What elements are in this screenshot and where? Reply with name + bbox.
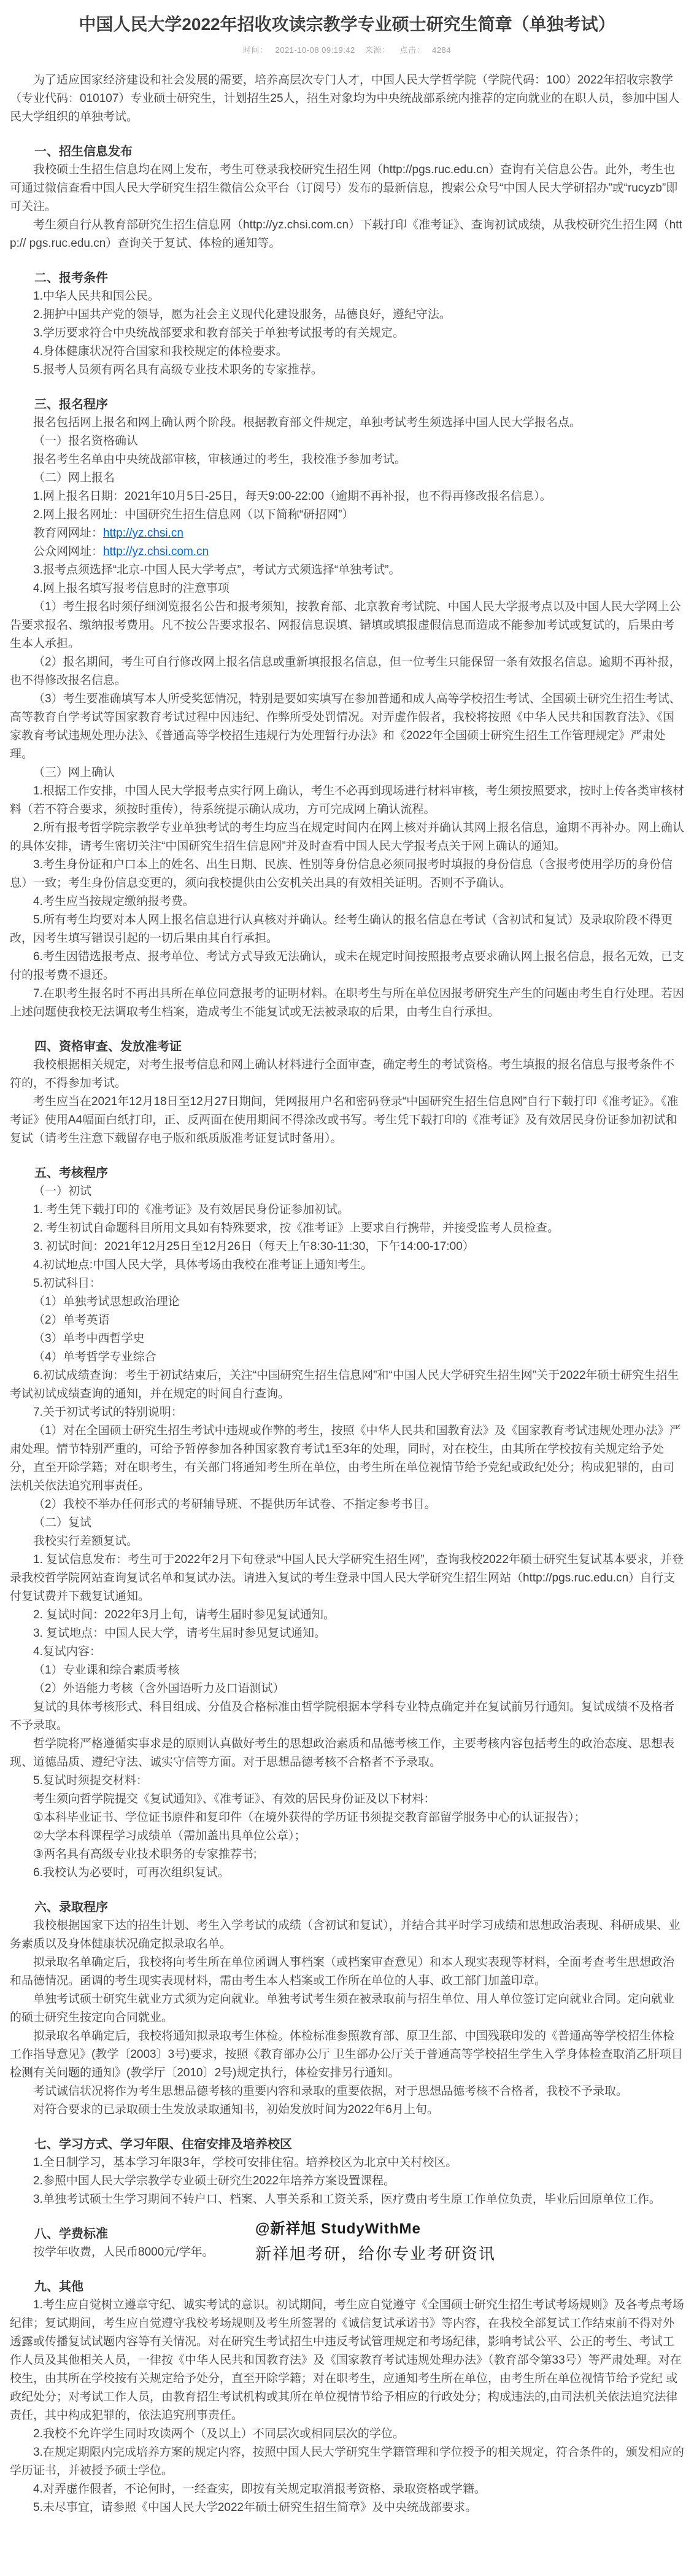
body-paragraph: （3）单考中西哲学史 bbox=[10, 1330, 684, 1348]
section-heading: 六、录取程序 bbox=[10, 1898, 684, 1917]
body-paragraph: 5.复试时须提交材料： bbox=[10, 1772, 684, 1790]
body-paragraph: 为了适应国家经济建设和社会发展的需要，培养高层次专门人才，中国人民大学哲学院（学… bbox=[10, 71, 684, 126]
body-paragraph: （二）复试 bbox=[10, 1514, 684, 1532]
body-paragraph: 6.我校认为必要时，可再次组织复试。 bbox=[10, 1864, 684, 1882]
body-paragraph: （二）网上报名 bbox=[10, 469, 684, 487]
section-heading: 五、考核程序 bbox=[10, 1164, 684, 1182]
body-paragraph: 1.考生应自觉树立遵章守纪、诚实考试的意识。初试期间，考生应自觉遵守《全国硕士研… bbox=[10, 2296, 684, 2425]
body-paragraph: 5.所有考生均要对本人网上报名信息进行认真核对并确认。经考生确认的报名信息在考试… bbox=[10, 911, 684, 948]
body-paragraph: （2）我校不举办任何形式的考研辅导班、不提供历年试卷、不指定参考书目。 bbox=[10, 1496, 684, 1514]
section-heading: 八、学费标准@新祥旭 StudyWithMe新祥旭考研，给你专业考研资讯 bbox=[10, 2225, 684, 2243]
section-heading: 一、招生信息发布 bbox=[10, 142, 684, 161]
body-paragraph: （3）考生要准确填写本人所受奖惩情况，特别是要如实填写在参加普通和成人高等学校招… bbox=[10, 690, 684, 764]
body-paragraph: （2）单考英语 bbox=[10, 1311, 684, 1330]
body-paragraph: 1.全日制学习，基本学习年限3年，学校可安排住宿。培养校区为北京中关村校区。 bbox=[10, 2154, 684, 2172]
body-paragraph: 3.单独考试硕士生学习期间不转户口、档案、人事关系和工资关系，医疗费由考生原工作… bbox=[10, 2190, 684, 2209]
body-paragraph: 2.所有报考哲学院宗教学专业单独考试的考生均应当在规定时间内在网上核对并确认其网… bbox=[10, 819, 684, 856]
body-paragraph: 我校根据相关规定，对考生报考信息和网上确认材料进行全面审查，确定考生的考试资格。… bbox=[10, 1056, 684, 1093]
body-paragraph: （2）报名期间，考生可自行修改网上报名信息或重新填报报名信息，但一位考生只能保留… bbox=[10, 653, 684, 690]
body-paragraph: 考生须向哲学院提交《复试通知》、《准考证》、有效的居民身份证及以下材料： bbox=[10, 1790, 684, 1809]
body-paragraph: 3.考生身份证和户口本上的姓名、出生日期、民族、性别等身份信息必须同报考时填报的… bbox=[10, 856, 684, 893]
body-paragraph: 6.初试成绩查询：考生于初试结束后，关注“中国研究生招生信息网”和“中国人民大学… bbox=[10, 1367, 684, 1403]
section-heading: 九、其他 bbox=[10, 2278, 684, 2296]
body-paragraph: 按学年收费，人民币8000元/学年。 bbox=[10, 2243, 684, 2262]
meta-time-label: 时间： bbox=[243, 45, 268, 55]
link-prefix: 教育网网址： bbox=[33, 527, 103, 540]
body-paragraph: 2.我校不允许学生同时攻读两个（及以上）不同层次或相同层次的学位。 bbox=[10, 2425, 684, 2443]
body-paragraph: 复试的具体考核形式、科目组成、分值及合格标准由哲学院根据本学科专业特点确定并在复… bbox=[10, 1698, 684, 1735]
body-paragraph: 4.身体健康状况符合国家和我校规定的体检要求。 bbox=[10, 343, 684, 361]
body-paragraph: 单独考试硕士研究生就业方式须为定向就业。单独考试考生须在被录取前与招生单位、用人… bbox=[10, 1990, 684, 2027]
body-paragraph: 我校实行差额复试。 bbox=[10, 1532, 684, 1551]
body-paragraph: 考生应当在2021年12月18日至12月27日期间，凭网报用户名和密码登录“中国… bbox=[10, 1093, 684, 1148]
section-heading: 七、学习方式、学习年限、住宿安排及培养校区 bbox=[10, 2135, 684, 2154]
body-paragraph: 2. 考生初试自命题科目所用文具如有特殊要求，按《准考证》上要求自行携带，并接受… bbox=[10, 1219, 684, 1238]
body-paragraph: 6.考生因错选报考点、报考单位、考试方式导致无法确认，或未在规定时间按照报考点要… bbox=[10, 948, 684, 985]
body-paragraph: 2.参照中国人民大学宗教学专业硕士研究生2022年培养方案设置课程。 bbox=[10, 2172, 684, 2190]
section-heading: 三、报名程序 bbox=[10, 395, 684, 414]
body-paragraph: （三）网上确认 bbox=[10, 764, 684, 782]
body-paragraph: 我校根据国家下达的招生计划、考生入学考试的成绩（含初试和复试），并结合其平时学习… bbox=[10, 1917, 684, 1953]
external-link[interactable]: http://yz.chsi.com.cn bbox=[103, 545, 209, 558]
body-paragraph: ①本科毕业证书、学位证书原件和复印件（在境外获得的学历证书须提交教育部留学服务中… bbox=[10, 1809, 684, 1827]
body-paragraph: （4）单考哲学专业综合 bbox=[10, 1348, 684, 1367]
body-paragraph: 2.网上报名网址：中国研究生招生信息网（以下简称“研招网”） bbox=[10, 506, 684, 524]
section-heading: 二、报考条件 bbox=[10, 269, 684, 287]
body-paragraph: 4.考生应当按规定缴纳报考费。 bbox=[10, 893, 684, 911]
body-paragraph: 7.关于初试考试的特别说明： bbox=[10, 1403, 684, 1422]
article: 中国人民大学2022年招收攻读宗教学专业硕士研究生简章（单独考试） 时间：202… bbox=[0, 0, 694, 2554]
body-paragraph: 1. 考生凭下载打印的《准考证》及有效居民身份证参加初试。 bbox=[10, 1201, 684, 1219]
body-paragraph: 拟录取名单确定后，我校将通知拟录取考生体检。体检标准参照教育部、原卫生部、中国残… bbox=[10, 2027, 684, 2082]
body-paragraph: 3. 初试时间：2021年12月25日至12月26日（每天上午8:30-11:3… bbox=[10, 1238, 684, 1256]
link-paragraph: 公众网网址：http://yz.chsi.com.cn bbox=[10, 543, 684, 561]
meta-clicks-value: 4284 bbox=[432, 45, 451, 55]
meta-time-value: 2021-10-08 09:19:42 bbox=[276, 45, 355, 55]
body-paragraph: 3.报考点须选择“北京-中国人民大学考点”，考试方式须选择“单独考试”。 bbox=[10, 561, 684, 580]
section-heading: 四、资格审查、发放准考证 bbox=[10, 1038, 684, 1056]
body-paragraph: 考试诚信状况将作为考生思想品德考核的重要内容和录取的重要依据，对于思想品德考核不… bbox=[10, 2082, 684, 2101]
meta-clicks-label: 点击： bbox=[400, 45, 425, 55]
body-paragraph: 考生须自行从教育部研究生招生信息网（http://yz.chsi.com.cn）… bbox=[10, 216, 684, 253]
body-paragraph: 1.中华人民共和国公民。 bbox=[10, 287, 684, 306]
body-paragraph: 1. 复试信息发布：考生可于2022年2月下旬登录“中国人民大学研究生招生网”，… bbox=[10, 1551, 684, 1606]
body-paragraph: 4.对弄虚作假者，不论何时，一经查实，即按有关规定取消报考资格、录取资格或学籍。 bbox=[10, 2480, 684, 2499]
body-paragraph: 2. 复试时间：2022年3月上旬，请考生届时参见复试通知。 bbox=[10, 1606, 684, 1624]
body-paragraph: （1）考生报名时须仔细浏览报名公告和报考须知，按教育部、北京教育考试院、中国人民… bbox=[10, 598, 684, 653]
link-paragraph: 教育网网址：http://yz.chsi.cn bbox=[10, 524, 684, 543]
body-paragraph: 7.在职考生报名时不再出具所在单位同意报考的证明材料。在职考生与所在单位因报考研… bbox=[10, 985, 684, 1022]
body-paragraph: 1.根据工作安排，中国人民大学报考点实行网上确认，考生不必再到现场进行材料审核，… bbox=[10, 782, 684, 819]
body-paragraph: （1）专业课和综合素质考核 bbox=[10, 1661, 684, 1680]
body-paragraph: 3.学历要求符合中央统战部要求和教育部关于单独考试报考的有关规定。 bbox=[10, 324, 684, 343]
watermark-line1: @新祥旭 StudyWithMe bbox=[255, 2219, 599, 2240]
body-paragraph: 4.初试地点:中国人民大学，具体考场由我校在准考证上通知考生。 bbox=[10, 1256, 684, 1274]
body-paragraph: 4.复试内容： bbox=[10, 1643, 684, 1661]
body-paragraph: （一）报名资格确认 bbox=[10, 432, 684, 451]
body-paragraph: 我校硕士生招生信息均在网上发布，考生可登录我校研究生招生网（http://pgs… bbox=[10, 161, 684, 216]
body-paragraph: 哲学院将严格遵循实事求是的原则认真做好考生的思想政治素质和品德考核工作，主要考核… bbox=[10, 1735, 684, 1772]
body-paragraph: 5.未尽事宜，请参照《中国人民大学2022年硕士研究生招生简章》及中央统战部要求… bbox=[10, 2499, 684, 2517]
article-meta: 时间：2021-10-08 09:19:42 来源： 点击：4284 bbox=[10, 44, 684, 55]
body-paragraph: （1）单独考试思想政治理论 bbox=[10, 1293, 684, 1311]
body-paragraph: 1.网上报名日期：2021年10月5日-25日，每天9:00-22:00（逾期不… bbox=[10, 487, 684, 506]
body-paragraph: 报名包括网上报名和网上确认两个阶段。根据教育部文件规定，单独考试考生须选择中国人… bbox=[10, 414, 684, 432]
link-prefix: 公众网网址： bbox=[33, 545, 103, 558]
body-paragraph: ③两名具有高级专业技术职务的专家推荐书; bbox=[10, 1845, 684, 1864]
body-paragraph: 5.初试科目： bbox=[10, 1274, 684, 1293]
body-paragraph: （一）初试 bbox=[10, 1182, 684, 1201]
body-paragraph: 4.网上报名填写报考信息时的注意事项 bbox=[10, 580, 684, 598]
body-paragraph: 2.拥护中国共产党的领导，愿为社会主义现代化建设服务，品德良好，遵纪守法。 bbox=[10, 306, 684, 324]
body-paragraph: 拟录取名单确定后，我校将向考生所在单位函调人事档案（或档案审查意见）和本人现实表… bbox=[10, 1953, 684, 1990]
article-body: 为了适应国家经济建设和社会发展的需要，培养高层次专门人才，中国人民大学哲学院（学… bbox=[10, 71, 684, 2517]
body-paragraph: （1）对在全国硕士研究生招生考试中违规或作弊的考生，按照《中华人民共和国教育法》… bbox=[10, 1422, 684, 1496]
page-title: 中国人民大学2022年招收攻读宗教学专业硕士研究生简章（单独考试） bbox=[10, 12, 684, 36]
meta-source-label: 来源： bbox=[365, 45, 390, 55]
body-paragraph: 报名考生名单由中央统战部审核，审核通过的考生，我校准予参加考试。 bbox=[10, 451, 684, 469]
body-paragraph: （2）外语能力考核（含外国语听力及口语测试） bbox=[10, 1680, 684, 1698]
body-paragraph: 3.在规定期限内完成培养方案的规定内容，按照中国人民大学研究生学籍管理和学位授予… bbox=[10, 2443, 684, 2480]
body-paragraph: 3. 复试地点：中国人民大学，请考生届时参见复试通知。 bbox=[10, 1624, 684, 1643]
body-paragraph: 5.报考人员须有两名具有高级专业技术职务的专家推荐。 bbox=[10, 361, 684, 379]
body-paragraph: 对符合要求的已录取硕士生发放录取通知书，初始发放时间为2022年6月上旬。 bbox=[10, 2101, 684, 2119]
body-paragraph: ②大学本科课程学习成绩单（需加盖出具单位公章）； bbox=[10, 1827, 684, 1845]
external-link[interactable]: http://yz.chsi.cn bbox=[103, 527, 183, 540]
